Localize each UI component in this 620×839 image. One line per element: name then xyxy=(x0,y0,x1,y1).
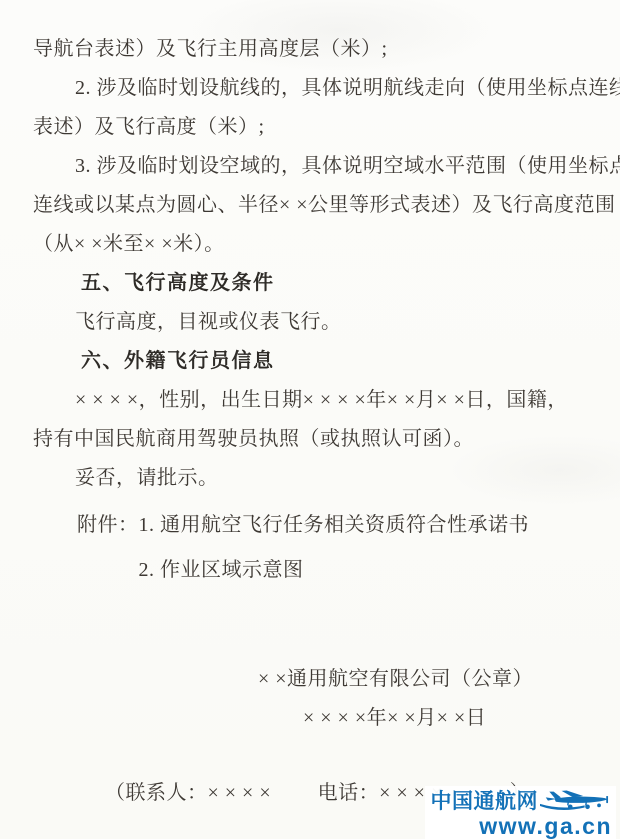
attachments-list: 1. 通用航空飞行任务相关资质符合性承诺书 2. 作业区域示意图 xyxy=(139,506,530,590)
document-line: 持有中国民航商用驾驶员执照（或执照认可函）。 xyxy=(33,420,596,459)
attachment-item: 2. 作业区域示意图 xyxy=(139,551,530,590)
document-line: 妥否，请批示。 xyxy=(33,459,596,498)
signature-block: × ×通用航空有限公司（公章） × × × ×年× ×月× ×日 xyxy=(33,660,596,738)
document-line: × × × ×，性别，出生日期× × × ×年× ×月× ×日，国籍， xyxy=(33,381,596,420)
section-heading-5: 五、飞行高度及条件 xyxy=(33,264,596,303)
document-line: 3. 涉及临时划设空域的，具体说明空域水平范围（使用坐标点 xyxy=(33,147,596,186)
document-line: 导航台表述）及飞行主用高度层（米）; xyxy=(33,30,596,69)
watermark-site-name: 中国通航网 xyxy=(431,791,539,812)
document-line: 2. 涉及临时划设航线的，具体说明航线走向（使用坐标点连线 xyxy=(33,69,596,108)
document-line: 表述）及飞行高度（米）; xyxy=(33,108,596,147)
attachments-block: 附件： 1. 通用航空飞行任务相关资质符合性承诺书 2. 作业区域示意图 xyxy=(77,506,596,590)
document-line: 飞行高度，目视或仪表飞行。 xyxy=(33,303,596,342)
attachments-label: 附件： xyxy=(77,506,139,590)
attachment-item: 1. 通用航空飞行任务相关资质符合性承诺书 xyxy=(139,506,530,545)
signature-date: × × × ×年× ×月× ×日 xyxy=(303,699,596,738)
document-line: 连线或以某点为圆心、半径× ×公里等形式表述）及飞行高度范围 xyxy=(33,186,596,225)
scanned-document-page: 导航台表述）及飞行主用高度层（米）; 2. 涉及临时划设航线的，具体说明航线走向… xyxy=(0,0,620,839)
document-body: 导航台表述）及飞行主用高度层（米）; 2. 涉及临时划设航线的，具体说明航线走向… xyxy=(0,0,620,813)
signature-company: × ×通用航空有限公司（公章） xyxy=(258,660,596,699)
watermark-url: www.ga.cn xyxy=(431,815,613,838)
document-line: （从× ×米至× ×米）。 xyxy=(33,225,596,264)
watermark-top-row: 中国通航网 xyxy=(431,788,613,814)
airplane-icon xyxy=(540,788,612,814)
site-watermark: 中国通航网 www.ga.cn xyxy=(425,786,617,839)
section-heading-6: 六、外籍飞行员信息 xyxy=(33,342,596,381)
